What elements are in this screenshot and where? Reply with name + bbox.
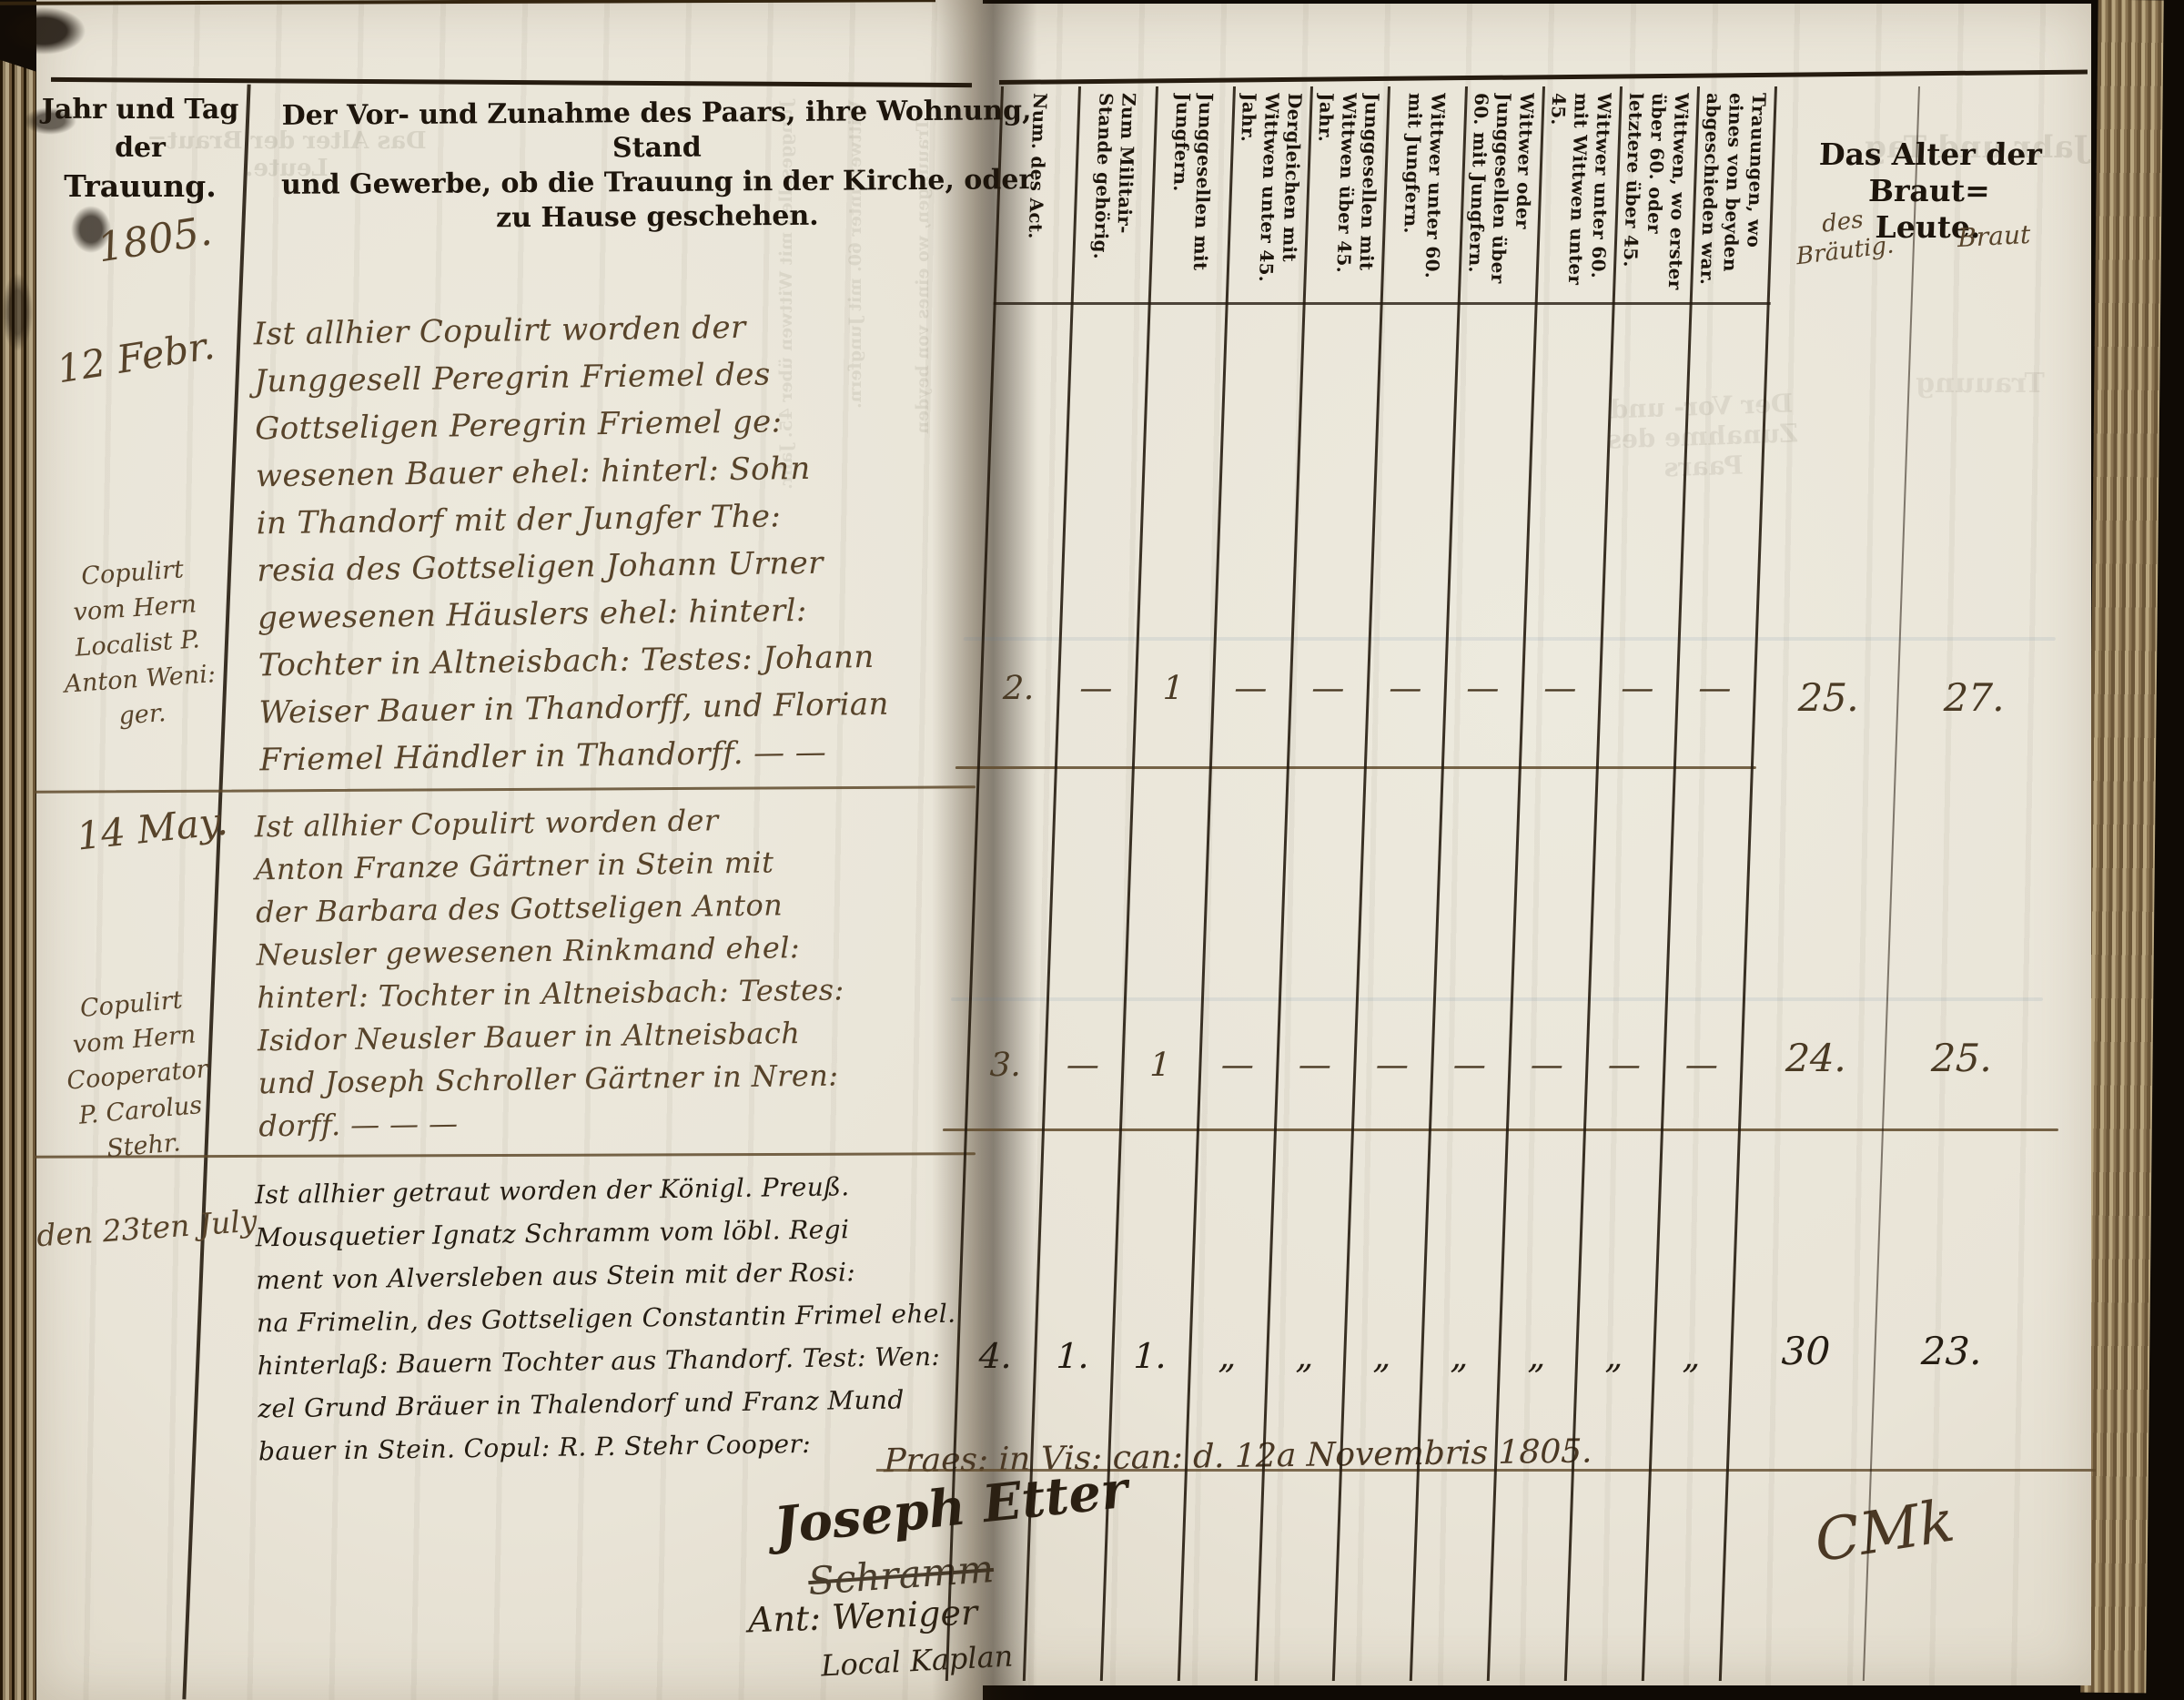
column-header-label: Wittwer unter 60. mit Wittwen unter 45. — [1540, 93, 1615, 306]
tally-cell: 3. — [966, 1047, 1045, 1084]
paper-stain — [951, 997, 2043, 1001]
tally-cell: — — [1521, 670, 1599, 707]
groom-age: 25. — [1760, 675, 1898, 720]
tally-cell: — — [1044, 1047, 1122, 1084]
column-header-label: Trauungen, wo eines von beyden abgeschie… — [1694, 93, 1770, 306]
tally-cell: — — [1443, 670, 1522, 707]
tally-cell: 1 — [1134, 670, 1212, 707]
column-header-label: Wittwer mit Wittwen, wo erster über 60. … — [1615, 93, 1695, 306]
tally-cell: — — [1276, 1047, 1354, 1084]
column-header-label: Zum Militair-Stande gehörig. — [1087, 93, 1140, 306]
tally-cell: 1. — [1034, 1336, 1113, 1376]
tally-cell: „ — [1343, 1336, 1422, 1376]
tally-cell: 4. — [956, 1336, 1036, 1376]
tally-cell: — — [1289, 670, 1367, 707]
tally-cell: — — [1663, 1047, 1741, 1084]
column-header-label: Junggesellen mit Jungfern. — [1165, 93, 1218, 306]
visitation-note: Praes: in Vis: can: d. 12a Novembris 180… — [884, 1426, 2095, 1481]
paper-stain — [964, 637, 2056, 641]
tally-cell: „ — [1498, 1336, 1577, 1376]
tally-cell: 2. — [979, 670, 1057, 707]
column-header-label: Num. des Act. — [1021, 93, 1051, 306]
tally-cell: „ — [1188, 1336, 1268, 1376]
tally-cell: — — [1431, 1047, 1509, 1084]
tally-cell: — — [1598, 670, 1676, 707]
tally-cell: — — [1353, 1047, 1431, 1084]
tally-cell: — — [1585, 1047, 1663, 1084]
column-header-label: Dergleichen mit Wittwen unter 45. Jahr. — [1230, 93, 1306, 306]
tally-cell: „ — [1653, 1336, 1732, 1376]
bride-age-subhead: Braut — [1926, 218, 2063, 255]
row-separator-line — [955, 766, 1756, 769]
tally-cell: — — [1366, 670, 1444, 707]
visitation-note-rule — [876, 1469, 2096, 1472]
groom-age: 30 — [1737, 1329, 1876, 1373]
column-header: Wittwer oder Junggesellen über 60. mit J… — [1461, 93, 1541, 306]
column-header: Wittwer mit Wittwen, wo erster über 60. … — [1615, 93, 1695, 306]
visitation-signature: CMk — [1812, 1487, 1958, 1575]
tally-cell: „ — [1575, 1336, 1654, 1376]
column-header: Wittwer unter 60. mit Jungfern. — [1383, 93, 1463, 306]
register-spread: Das Alter der Braut= Leute. Junggesellen… — [0, 0, 2184, 1700]
column-header: Num. des Act. — [996, 93, 1077, 306]
tally-cell: 1. — [1111, 1336, 1190, 1376]
tally-cell: — — [1198, 1047, 1277, 1084]
tally-cell: — — [1675, 670, 1754, 707]
tally-cell: — — [1211, 670, 1289, 707]
column-header: Dergleichen mit Wittwen unter 45. Jahr. — [1228, 93, 1309, 306]
statistics-column-area: Das Alter der Braut= Leute. des Bräutig.… — [0, 0, 2184, 1700]
tally-cell: 1 — [1121, 1047, 1199, 1084]
tally-cell: „ — [1266, 1336, 1345, 1376]
column-header-label: Junggesellen mit Wittwen über 45. Jahr. — [1308, 93, 1383, 306]
tally-cell: — — [1508, 1047, 1586, 1084]
groom-age: 24. — [1747, 1036, 1886, 1080]
tally-cell: „ — [1421, 1336, 1500, 1376]
age-header-line: Das Alter der Braut= — [1772, 137, 2088, 209]
bride-age: 25. — [1893, 1036, 2031, 1080]
column-header: Wittwer unter 60. mit Wittwen unter 45. — [1538, 93, 1618, 306]
column-header: Junggesellen mit Wittwen über 45. Jahr. — [1306, 93, 1386, 306]
column-header: Zum Militair-Stande gehörig. — [1074, 93, 1154, 306]
row-separator-line — [943, 1128, 2058, 1131]
bride-age: 27. — [1906, 675, 2044, 720]
tally-cell: — — [1057, 670, 1135, 707]
column-header-label: Wittwer unter 60. mit Jungfern. — [1397, 93, 1450, 306]
column-header: Trauungen, wo eines von beyden abgeschie… — [1693, 93, 1773, 306]
bride-age: 23. — [1883, 1329, 2021, 1373]
column-header-label: Wittwer oder Junggesellen über 60. mit J… — [1462, 93, 1538, 306]
column-header: Junggesellen mit Jungfern. — [1151, 93, 1231, 306]
